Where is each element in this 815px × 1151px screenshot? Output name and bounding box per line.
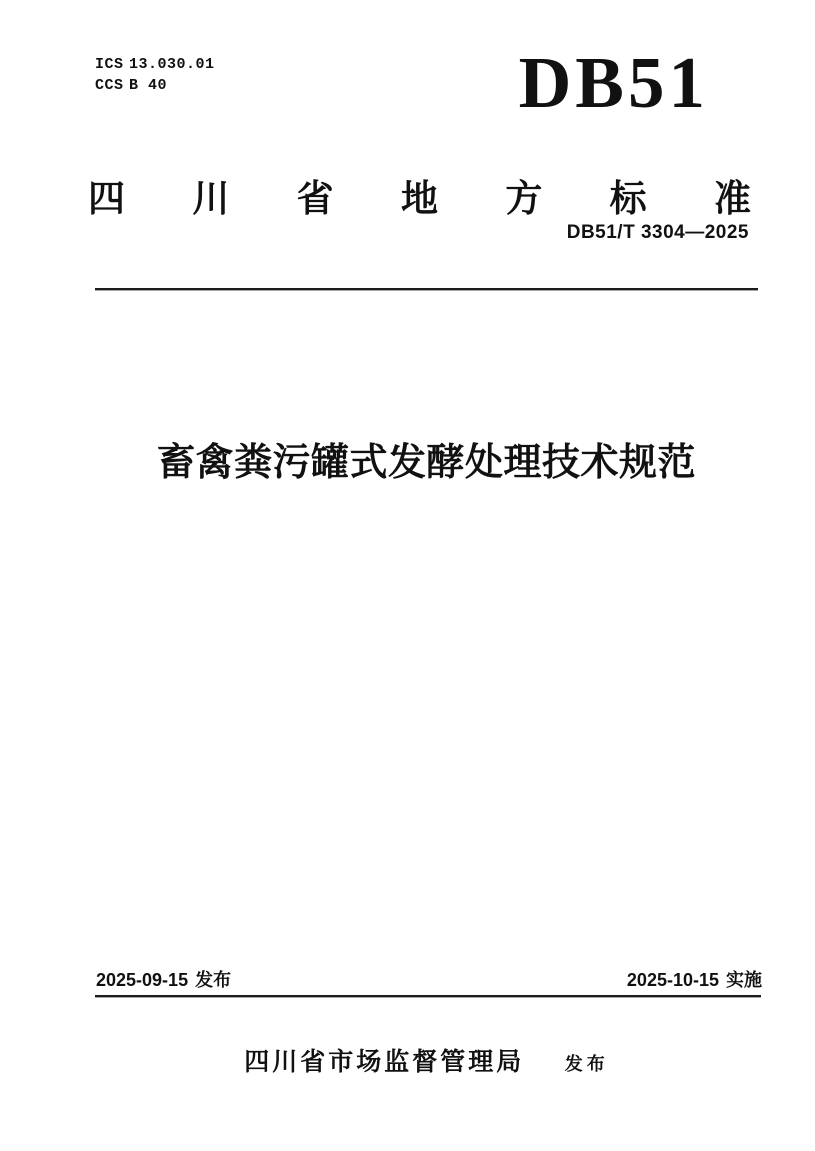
standard-name-char: 省 bbox=[297, 180, 334, 217]
standard-name-char: 准 bbox=[714, 180, 751, 217]
standard-name-char: 标 bbox=[610, 180, 647, 217]
ccs-label: CCS bbox=[95, 75, 129, 96]
publisher-name: 四川省市场监督管理局 bbox=[244, 1048, 524, 1076]
db51-logo: DB51 bbox=[519, 46, 709, 119]
ics-line: ICS 13.030.01 bbox=[95, 54, 215, 75]
standard-name-char: 方 bbox=[505, 180, 542, 217]
ccs-line: CCS B 40 bbox=[95, 75, 215, 96]
publisher-label: 发布 bbox=[565, 1054, 609, 1074]
standard-name: 四川省地方标准 bbox=[88, 180, 751, 217]
issue-date: 2025-09-15 bbox=[96, 970, 188, 990]
ccs-value: B 40 bbox=[129, 75, 167, 96]
footer-rule bbox=[95, 995, 761, 997]
implementation-date: 2025-10-15 bbox=[627, 970, 719, 990]
header-rule bbox=[95, 288, 758, 290]
dates-row: 2025-09-15发布 2025-10-15实施 bbox=[96, 971, 762, 989]
standard-number: DB51/T 3304—2025 bbox=[567, 223, 749, 242]
standard-cover-page: ICS 13.030.01 CCS B 40 DB51 四川省地方标准 DB51… bbox=[0, 0, 815, 1151]
standard-name-char: 四 bbox=[88, 180, 125, 217]
classification-block: ICS 13.030.01 CCS B 40 bbox=[95, 54, 215, 96]
standard-name-char: 地 bbox=[401, 180, 438, 217]
implementation-date-group: 2025-10-15实施 bbox=[627, 971, 762, 989]
ics-label: ICS bbox=[95, 54, 129, 75]
document-title: 畜禽粪污罐式发酵处理技术规范 bbox=[95, 443, 758, 485]
standard-name-char: 川 bbox=[192, 180, 229, 217]
ics-value: 13.030.01 bbox=[129, 54, 215, 75]
implementation-label: 实施 bbox=[726, 970, 762, 990]
issue-date-group: 2025-09-15发布 bbox=[96, 971, 231, 989]
issue-label: 发布 bbox=[195, 970, 231, 990]
publisher-row: 四川省市场监督管理局 发布 bbox=[95, 1050, 758, 1075]
